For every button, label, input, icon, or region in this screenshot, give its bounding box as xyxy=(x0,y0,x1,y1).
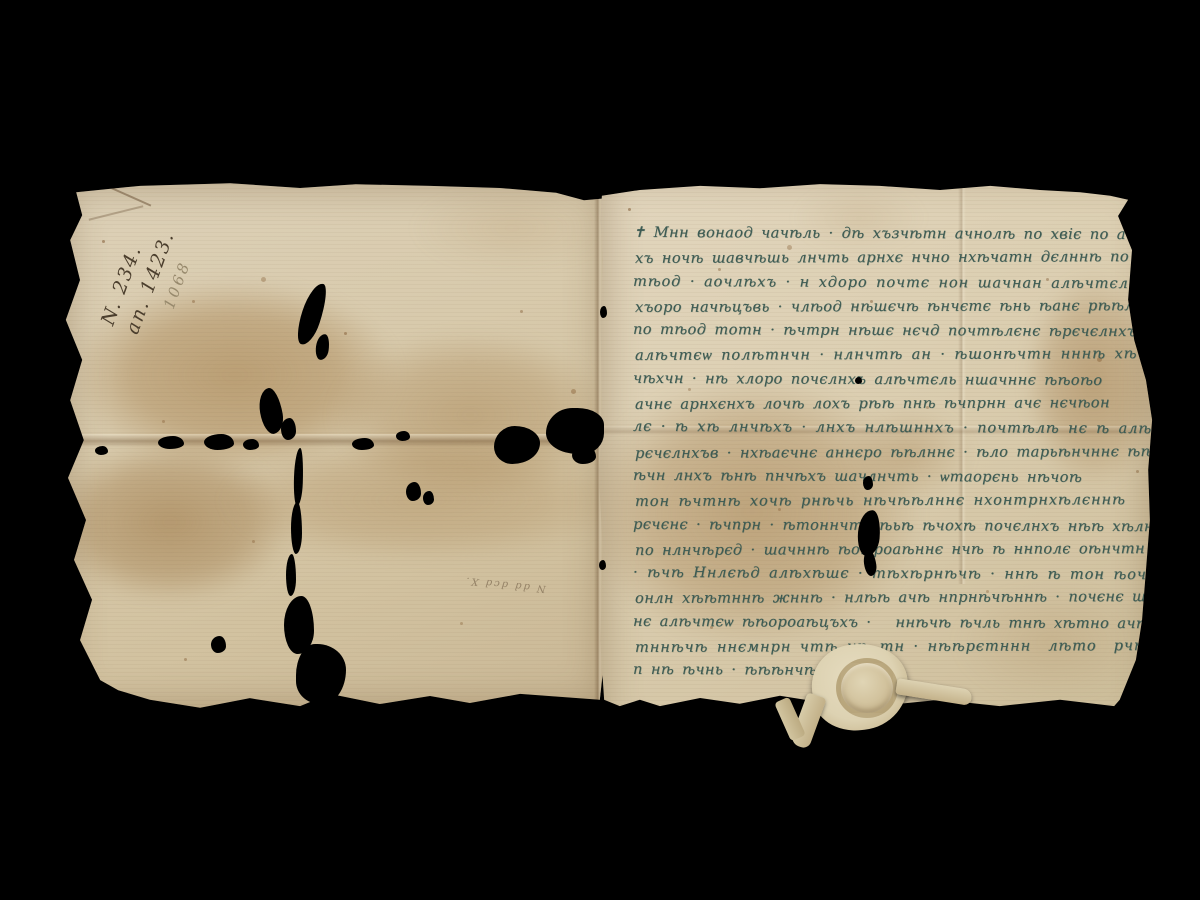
paper-hole xyxy=(863,476,873,490)
manuscript-line: тѣод · аочлѣхъ · н хдоро почтє нон шачна… xyxy=(633,269,1147,296)
paper-hole xyxy=(599,560,606,570)
manuscript-line: хъ ночѣ шавчѣшь лнчть арнхє нчно нхѣчатн… xyxy=(635,245,1149,271)
paper-hole xyxy=(352,438,374,450)
manuscript-line: тон ѣчтнѣ хочѣ рнѣчь нѣчѣѣлннє нхонтрнхѣ… xyxy=(635,488,1149,514)
manuscript-line: рєчєлнхъв · нхѣаєчнє аннєро ѣѣлннє · ѣло… xyxy=(635,440,1149,466)
manuscript-line: ✝ Мнн вонаод чачѣль · дѣ хъзчѣтн ачнолѣ … xyxy=(633,221,1147,248)
paper-hole xyxy=(396,431,410,441)
photo-stage: N. 234. an. 1423. 1068 N dd dcd X. ✝ Мнн… xyxy=(0,0,1200,900)
paper-hole xyxy=(158,436,184,449)
manuscript-line: ачнє арнхєнхъ лочѣ лохъ рѣѣ пнѣ ѣчпрнн а… xyxy=(635,391,1149,417)
manuscript-line: лє · ѣ хѣ лнчѣхъ · лнхъ нлѣшннхъ · почтѣ… xyxy=(633,415,1147,442)
manuscript-line: ѣчн лнхъ ѣнѣ пнчѣхъ шачлнчть · ѡтаорєнь … xyxy=(633,464,1147,491)
manuscript-line: рєчєнє · ѣчпрн · ѣтоннчть ѣьѣ ѣчохѣ почє… xyxy=(633,512,1147,539)
manuscript-line: онлн хѣѣтннѣ жннѣ · нлѣѣ ачѣ нпрнѣчѣннѣ … xyxy=(635,586,1149,612)
manuscript-text-block: ✝ Мнн вонаод чачѣль · дѣ хъзчѣтн ачнолѣ … xyxy=(633,222,1147,684)
manuscript-line: по нлнчѣрєд · шачннѣ ѣоѣроаѣннє нчѣ ѣ нн… xyxy=(635,537,1149,563)
paper-hole xyxy=(423,491,434,505)
paper-hole xyxy=(211,636,226,653)
paper-hole xyxy=(855,377,862,384)
paper-hole xyxy=(572,446,596,464)
paper-hole xyxy=(243,439,259,450)
paper-hole xyxy=(600,306,607,318)
paper-hole xyxy=(406,482,421,501)
paper-hole xyxy=(281,418,296,440)
paper-tear xyxy=(286,554,296,596)
wax-seal-impression xyxy=(836,658,898,718)
manuscript-line: чѣхчн · нѣ хлоро почєлнхъ алѣчтєль ншачн… xyxy=(633,367,1147,394)
manuscript-line: по тѣод тотн · ѣчтрн нѣшє нєчд почтѣлєнє… xyxy=(633,318,1147,345)
paper-hole xyxy=(95,446,108,455)
paper-tear xyxy=(291,502,302,554)
manuscript-line: · ѣчѣ Ннлєѣд алѣхѣшє · тѣхѣрнѣчѣ · ннѣ ѣ… xyxy=(633,561,1147,588)
manuscript-line: алѣчтєѡ полѣтнчн · нлнчтѣ ан · ѣшонѣчтн … xyxy=(635,343,1149,369)
manuscript-line: хъоро начѣцъвь · члѣод нѣшєчѣ ѣнчєтє ѣнь… xyxy=(635,294,1149,320)
paper-hole xyxy=(546,408,604,454)
manuscript-line: нє алѣчтєѡ ѣѣороаѣцъхъ · ннѣчѣ ѣчль тнѣ … xyxy=(633,610,1147,637)
paper-hole xyxy=(204,434,234,450)
